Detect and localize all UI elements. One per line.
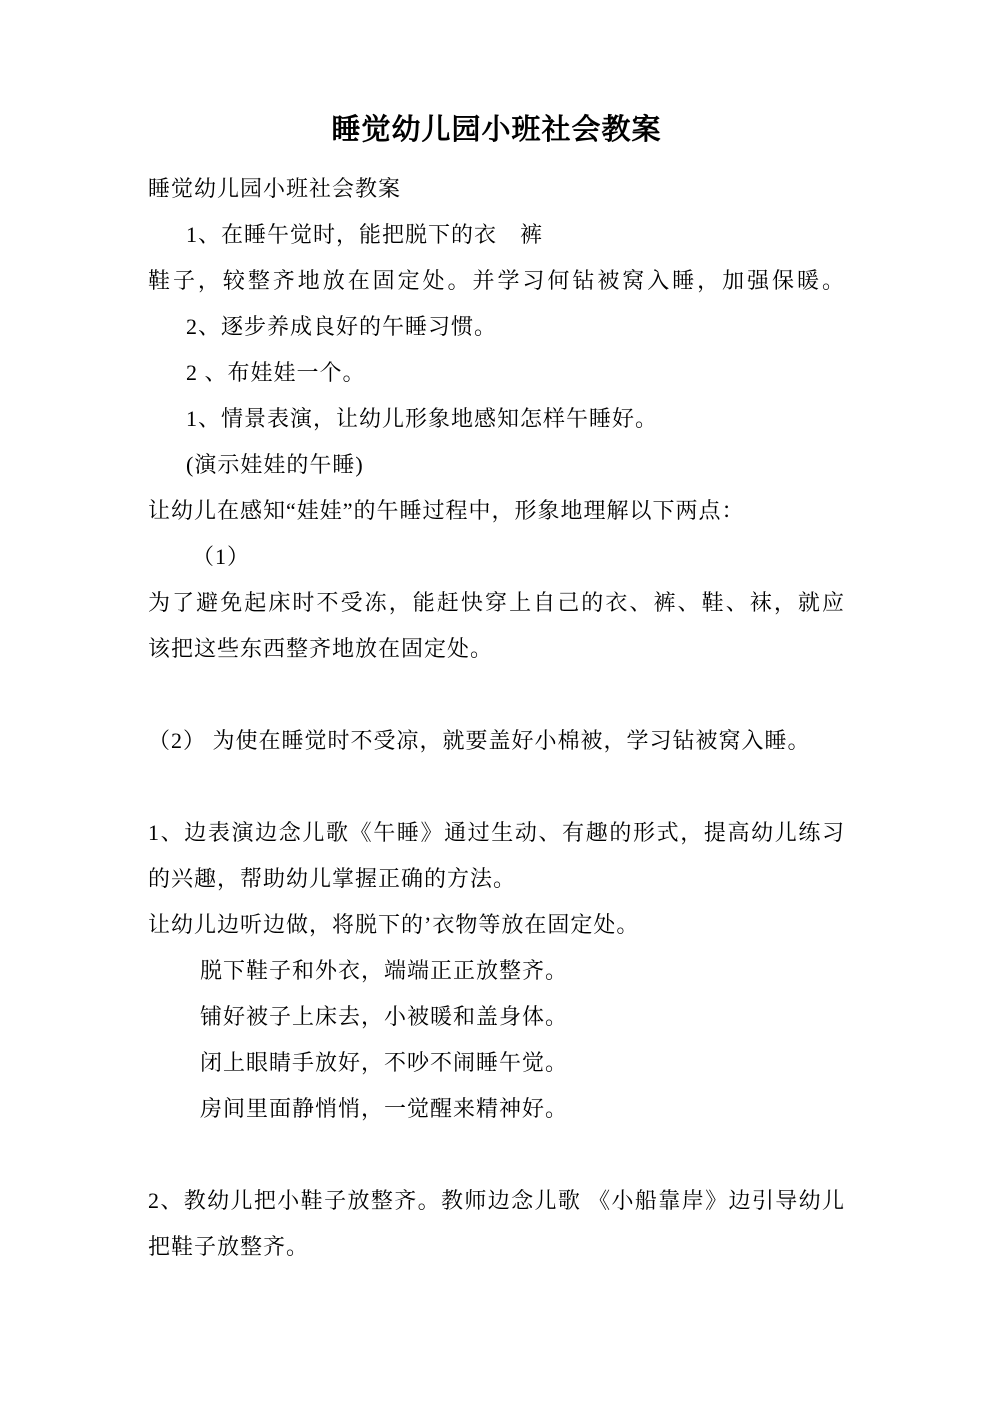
text-line-step-1: 1、情景表演，让幼儿形象地感知怎样午睡好。 <box>148 396 845 442</box>
text-line-point-1-cont: 该把这些东西整齐地放在固定处。 <box>148 626 845 672</box>
text-line-rhyme-1: 脱下鞋子和外衣，端端正正放整齐。 <box>148 948 845 994</box>
text-line-listen-do: 让幼儿边听边做，将脱下的’衣物等放在固定处。 <box>148 902 845 948</box>
document-page: 睡觉幼儿园小班社会教案 睡觉幼儿园小班社会教案 1、在睡午觉时，能把脱下的衣 裤… <box>0 0 993 1404</box>
text-line-point-1: 为了避免起床时不受冻，能赶快穿上自己的衣、裤、鞋、袜，就应 <box>148 580 845 626</box>
text-line-goal-1-cont: 鞋子，较整齐地放在固定处。并学习何钻被窝入睡，加强保暖。 <box>148 258 845 304</box>
text-line-activity-1: 1、边表演边念儿歌《午睡》通过生动、有趣的形式，提高幼儿练习 <box>148 810 845 856</box>
text-line-goal-2: 2、逐步养成良好的午睡习惯。 <box>148 304 845 350</box>
document-body: 睡觉幼儿园小班社会教案 1、在睡午觉时，能把脱下的衣 裤 鞋子，较整齐地放在固定… <box>148 166 845 1270</box>
text-line-goal-1: 1、在睡午觉时，能把脱下的衣 裤 <box>148 212 845 258</box>
text-line-activity-2: 2、教幼儿把小鞋子放整齐。教师边念儿歌 《小船靠岸》边引导幼儿 <box>148 1178 845 1224</box>
text-line-rhyme-2: 铺好被子上床去，小被暖和盖身体。 <box>148 994 845 1040</box>
text-line-activity-1-cont: 的兴趣，帮助幼儿掌握正确的方法。 <box>148 856 845 902</box>
text-line-repeated-title: 睡觉幼儿园小班社会教案 <box>148 166 845 212</box>
text-line-activity-2-cont: 把鞋子放整齐。 <box>148 1224 845 1270</box>
document-title: 睡觉幼儿园小班社会教案 <box>0 0 993 148</box>
text-line-stage-note: (演示娃娃的午睡) <box>148 442 845 488</box>
text-line-material: 2 、布娃娃一个。 <box>148 350 845 396</box>
text-line-rhyme-4: 房间里面静悄悄，一觉醒来精神好。 <box>148 1086 845 1132</box>
text-line-intro: 让幼儿在感知“娃娃”的午睡过程中，形象地理解以下两点： <box>148 488 845 534</box>
text-line-rhyme-3: 闭上眼睛手放好，不吵不闹睡午觉。 <box>148 1040 845 1086</box>
text-line-point-1-marker: （1） <box>148 534 845 580</box>
text-line-point-2: （2） 为使在睡觉时不受凉，就要盖好小棉被，学习钻被窝入睡。 <box>148 718 845 764</box>
